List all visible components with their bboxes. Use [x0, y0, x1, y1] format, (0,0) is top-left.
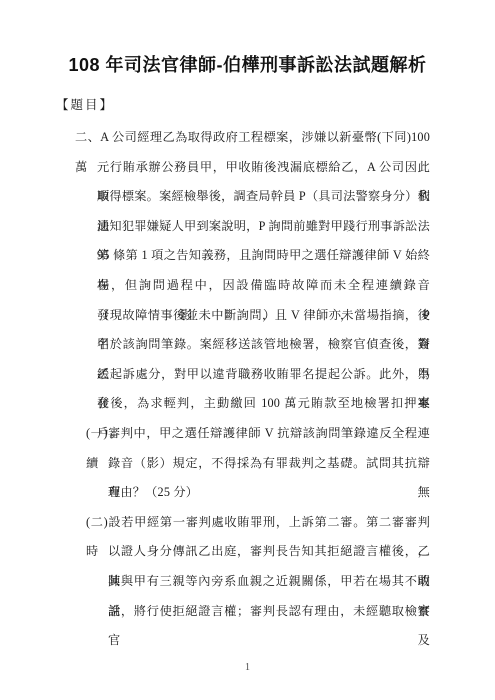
document-title: 108 年司法官律師-伯樺刑事訴訟法試題解析 [0, 52, 495, 78]
body-line: 發後，為求輕判，主動繳回 100 萬元賄款至地檢署扣押專戶。 [97, 389, 430, 419]
document-page: 108 年司法官律師-伯樺刑事訴訟法試題解析 【題目】 二、A 公司經理乙為取得… [0, 0, 495, 700]
body-line: 錄音（影）規定，不得採為有罪裁判之基礎。試問其抗辯有無 [108, 449, 430, 479]
body-line: 以證人身分傳訊乙出庭，審判長告知其拒絕證言權後，乙陳明 [108, 537, 430, 567]
question-body: 二、A 公司經理乙為取得政府工程標案，涉嫌以新臺幣(下同)100 萬 元行賄承辦… [0, 123, 495, 626]
body-line-subquestion-2: (二)設若甲經第一審判處收賄罪刑，上訴第二審。第二審審判時， [86, 508, 430, 538]
section-heading-topic: 【題目】 [56, 96, 114, 114]
body-line: 取得標案。案經檢舉後，調查局幹員 P（具司法警察身分）依法 [97, 182, 430, 212]
body-line: 95 條第 1 項之告知義務，且詢問時甲之選任辯護律師 V 始終在 [97, 241, 430, 271]
body-line: 元行賄承辦公務員甲，甲收賄後洩漏底標給乙，A 公司因此順利 [97, 153, 430, 183]
body-line: 緩起訴處分，對甲以違背職務收賄罪名提起公訴。此外，甲在案 [97, 360, 430, 390]
page-number: 1 [0, 661, 495, 675]
body-line: 二、A 公司經理乙為取得政府工程標案，涉嫌以新臺幣(下同)100 萬 [75, 123, 430, 153]
body-line: 名於該詢問筆錄。案經移送該管地檢署，檢察官偵查後，對乙為 [97, 330, 430, 360]
body-line: 通知犯罪嫌疑人甲到案說明，P 詢問前雖對甲踐行刑事訴訟法第 [97, 212, 430, 242]
body-line: 話，將行使拒絕證言權；審判長認有理由，未經聽取檢察官及 [108, 597, 430, 627]
body-line-subquestion-1: (一)審判中，甲之選任辯護律師 V 抗辯該詢問筆錄違反全程連續 [86, 419, 430, 449]
body-line: 場，但詢問過程中，因設備臨時故障而未全程連續錄音（影），P [97, 271, 430, 301]
body-line: 發現故障情事後並未中斷詢問，且 V 律師亦未當場指摘，後甲簽 [97, 301, 430, 331]
body-line: 其與甲有三親等內旁系血親之近親關係，甲若在場其不敢說實 [108, 567, 430, 597]
